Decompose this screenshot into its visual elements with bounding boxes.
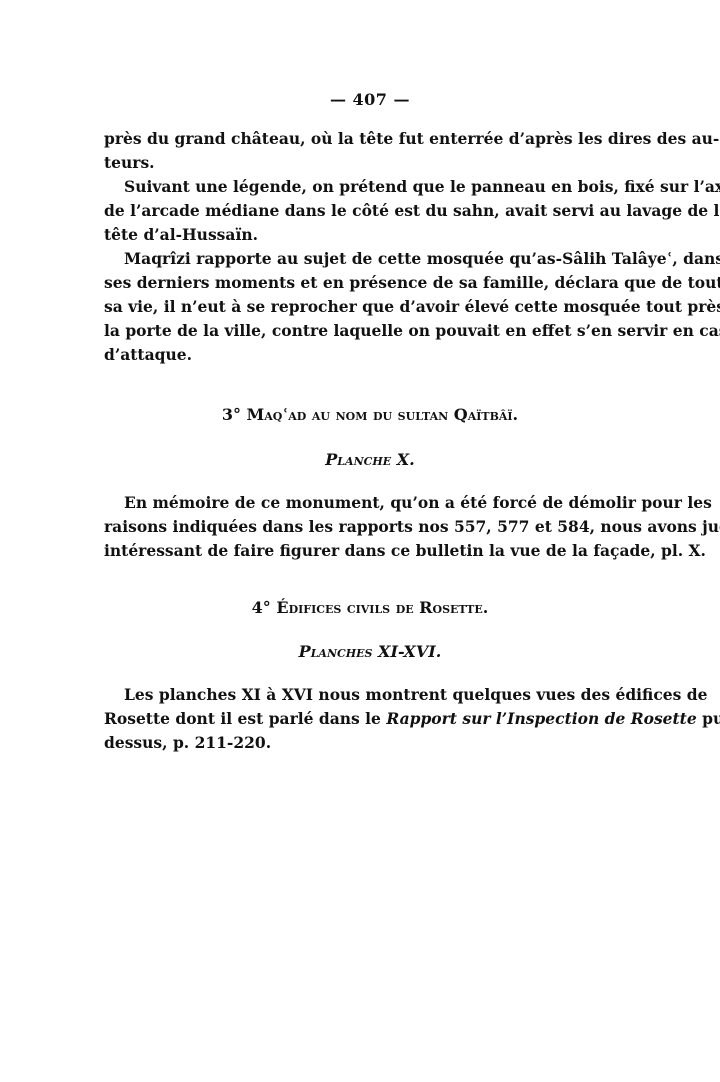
text-line: raisons indiquées dans les rapports nos … [104, 515, 636, 539]
text-fragment: Rosette dont il est parlé dans le [104, 709, 386, 728]
paragraph-2: Suivant une légende, on prétend que le p… [104, 175, 636, 247]
text-line: la porte de la ville, contre laquelle on… [104, 319, 636, 343]
paragraph-1: près du grand château, où la tête fut en… [104, 127, 636, 175]
text-line: En mémoire de ce monument, qu’on a été f… [104, 491, 636, 515]
section-4-paragraph: Les planches XI à XVI nous montrent quel… [104, 683, 636, 755]
text-line: Rosette dont il est parlé dans le Rappor… [104, 707, 636, 731]
text-fragment: publié ci- [697, 709, 720, 728]
text-line: tête d’al-Hussaïn. [104, 223, 636, 247]
page-number: — 407 — [104, 90, 636, 109]
section-3-plate: Planche X. [104, 450, 636, 469]
paragraph-3: Maqrîzi rapporte au sujet de cette mosqu… [104, 247, 636, 367]
text-line: sa vie, il n’eut à se reprocher que d’av… [104, 295, 636, 319]
section-4-heading: 4° Édifices civils de Rosette. [104, 598, 636, 617]
section-4-plates: Planches XI-XVI. [104, 642, 636, 661]
text-line: Suivant une légende, on prétend que le p… [104, 175, 636, 199]
section-4-heading-text: 4° Édifices civils de Rosette. [252, 598, 489, 617]
section-3-heading: 3° Maqʿad au nom du sultan Qaïtbâï. [104, 405, 636, 424]
text-line: Maqrîzi rapporte au sujet de cette mosqu… [104, 247, 636, 271]
text-line: d’attaque. [104, 343, 636, 367]
text-line: teurs. [104, 151, 636, 175]
text-line: intéressant de faire figurer dans ce bul… [104, 539, 636, 563]
section-3-paragraph: En mémoire de ce monument, qu’on a été f… [104, 491, 636, 563]
text-line: près du grand château, où la tête fut en… [104, 127, 636, 151]
text-line: de l’arcade médiane dans le côté est du … [104, 199, 636, 223]
text-line: Les planches XI à XVI nous montrent quel… [104, 683, 636, 707]
text-line: ses derniers moments et en présence de s… [104, 271, 636, 295]
text-line: dessus, p. 211-220. [104, 731, 636, 755]
report-title-italic: Rapport sur l’Inspection de Rosette [386, 709, 696, 728]
section-3-heading-text: 3° Maqʿad au nom du sultan Qaïtbâï. [222, 405, 518, 424]
